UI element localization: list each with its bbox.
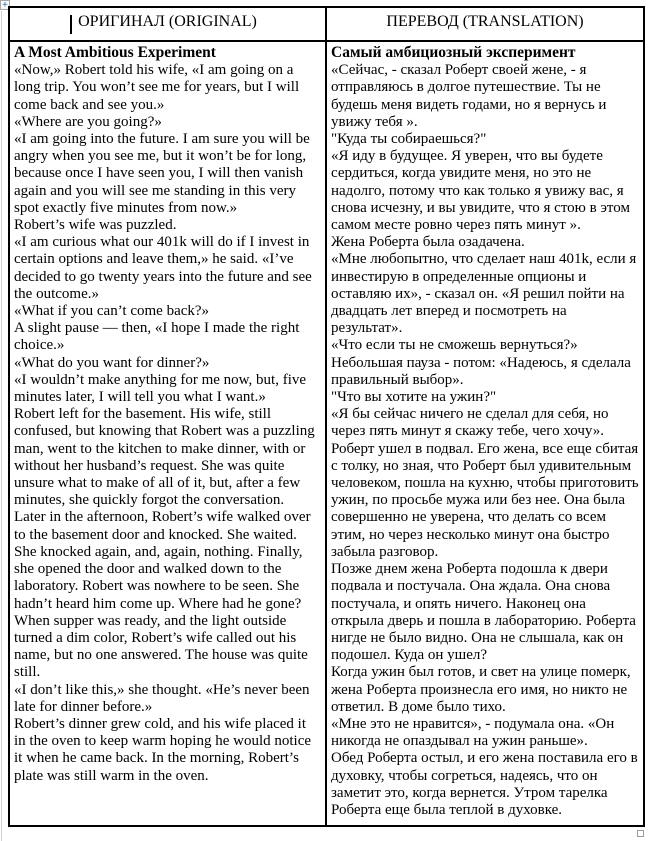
paragraph: «I wouldn’t make anything for me now, bu… (14, 372, 321, 406)
paragraph: Later in the afternoon, Robert’s wife wa… (14, 509, 321, 612)
paragraph: «Я иду в будущее. Я уверен, что вы будет… (331, 148, 639, 234)
translation-paragraphs: «Сейчас, - сказал Роберт своей жене, - я… (331, 62, 639, 819)
paragraph: «Сейчас, - сказал Роберт своей жене, - я… (331, 62, 639, 131)
paragraph: Robert’s wife was puzzled. (14, 217, 321, 234)
paragraph: «What do you want for dinner?» (14, 355, 321, 372)
paragraph: Robert’s dinner grew cold, and his wife … (14, 716, 321, 785)
paragraph: Жена Роберта была озадачена. (331, 234, 639, 251)
paragraph: «Я бы сейчас ничего не сделал для себя, … (331, 406, 639, 440)
paragraph: Когда ужин был готов, и свет на улице по… (331, 664, 639, 716)
paragraph: Robert left for the basement. His wife, … (14, 406, 321, 509)
original-paragraphs: «Now,» Robert told his wife, «I am going… (14, 62, 321, 785)
paragraph: «I am going into the future. I am sure y… (14, 131, 321, 217)
original-title: A Most Ambitious Experiment (14, 44, 321, 61)
paragraph: «Мне любопытно, что сделает наш 401k, ес… (331, 251, 639, 337)
paragraph: «Where are you going?» (14, 114, 321, 131)
table-resize-handle-icon[interactable] (637, 830, 644, 837)
paragraph: "Что вы хотите на ужин?" (331, 389, 639, 406)
header-cell-translation[interactable]: ПЕРЕВОД (TRANSLATION) (325, 8, 643, 42)
paragraph: Небольшая пауза - потом: «Надеюсь, я сде… (331, 355, 639, 389)
paragraph: "Куда ты собираешься?" (331, 131, 639, 148)
translation-text-cell[interactable]: Самый амбициозный эксперимент «Сейчас, -… (325, 42, 643, 825)
paragraph: «What if you can’t come back?» (14, 303, 321, 320)
translation-table: ОРИГИНАЛ (ORIGINAL) ПЕРЕВОД (TRANSLATION… (8, 6, 645, 827)
plus-icon: + (2, 1, 7, 10)
paragraph: A slight pause — then, «I hope I made th… (14, 320, 321, 354)
paragraph: «I don’t like this,» she thought. «He’s … (14, 682, 321, 716)
paragraph: «Что если ты не сможешь вернуться?» (331, 337, 639, 354)
paragraph: Обед Роберта остыл, и его жена поставила… (331, 750, 639, 819)
original-header-label: ОРИГИНАЛ (ORIGINAL) (78, 13, 257, 30)
paragraph: Позже днем жена Роберта подошла к двери … (331, 561, 639, 664)
header-cell-original[interactable]: ОРИГИНАЛ (ORIGINAL) (10, 8, 325, 42)
paragraph: «I am curious what our 401k will do if I… (14, 234, 321, 303)
translation-title: Самый амбициозный эксперимент (331, 44, 639, 61)
original-text-cell[interactable]: A Most Ambitious Experiment «Now,» Rober… (10, 42, 325, 825)
paragraph: «Мне это не нравится», - подумала она. «… (331, 716, 639, 750)
paragraph: When supper was ready, and the light out… (14, 613, 321, 682)
paragraph: «Now,» Robert told his wife, «I am going… (14, 62, 321, 114)
translation-header-label: ПЕРЕВОД (TRANSLATION) (386, 13, 583, 30)
paragraph: Роберт ушел в подвал. Его жена, все еще … (331, 441, 639, 561)
page-margin-guide (1, 11, 2, 841)
text-caret (70, 15, 72, 34)
